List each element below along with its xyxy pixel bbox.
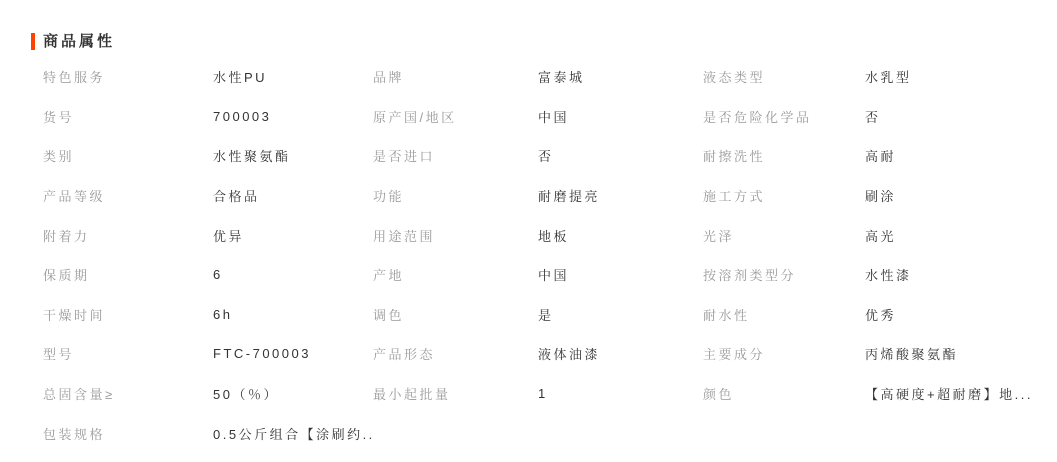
attribute-label: 颜色 (703, 384, 865, 403)
attribute-row: 用途范围地板 (373, 215, 703, 255)
attribute-label: 附着力 (43, 226, 213, 245)
attribute-label: 液态类型 (703, 67, 865, 86)
attribute-value: 6 (213, 267, 373, 282)
attribute-value: 700003 (213, 109, 373, 124)
attribute-row: 液态类型水乳型 (703, 57, 1057, 97)
attribute-value: 液体油漆 (538, 344, 703, 363)
attribute-label: 施工方式 (703, 186, 865, 205)
attribute-value: 50（％） (213, 384, 373, 403)
attribute-label: 按溶剂类型分 (703, 265, 865, 284)
attribute-row: 原产国/地区中国 (373, 97, 703, 137)
attribute-row: 品牌富泰城 (373, 57, 703, 97)
attribute-value: 地板 (538, 226, 703, 245)
attribute-row: 功能耐磨提亮 (373, 176, 703, 216)
attribute-row: 主要成分丙烯酸聚氨酯 (703, 334, 1057, 374)
attribute-value: 富泰城 (538, 67, 703, 86)
attribute-value: 水乳型 (865, 67, 1057, 86)
section-title: 商品属性 (43, 33, 115, 50)
attribute-label: 主要成分 (703, 344, 865, 363)
attribute-label: 是否进口 (373, 146, 538, 165)
attribute-row: 类别水性聚氨酯 (43, 136, 373, 176)
attribute-label: 原产国/地区 (373, 107, 538, 126)
attribute-value: 中国 (538, 265, 703, 284)
attribute-value: 优异 (213, 226, 373, 245)
attribute-label: 包装规格 (43, 424, 213, 443)
attribute-label: 总固含量≥ (43, 384, 213, 403)
attribute-value: 刷涂 (865, 186, 1057, 205)
attribute-row: 货号700003 (43, 97, 373, 137)
attribute-label: 耐水性 (703, 305, 865, 324)
attribute-row: 是否危险化学品否 (703, 97, 1057, 137)
attribute-label: 用途范围 (373, 226, 538, 245)
section-header: 商品属性 (31, 33, 115, 50)
section-accent-bar (31, 33, 35, 50)
attribute-label: 最小起批量 (373, 384, 538, 403)
attribute-value: 水性PU (213, 67, 373, 86)
attribute-value: 否 (865, 107, 1057, 126)
attribute-label: 功能 (373, 186, 538, 205)
attribute-row: 型号FTC-700003 (43, 334, 373, 374)
attribute-label: 类别 (43, 146, 213, 165)
attribute-value: 1 (538, 386, 703, 401)
attribute-label: 光泽 (703, 226, 865, 245)
attribute-row: 施工方式刷涂 (703, 176, 1057, 216)
attribute-value: 高耐 (865, 146, 1057, 165)
attribute-row: 附着力优异 (43, 215, 373, 255)
attribute-row: 特色服务水性PU (43, 57, 373, 97)
attribute-row: 是否进口否 (373, 136, 703, 176)
attribute-label: 型号 (43, 344, 213, 363)
attribute-value: FTC-700003 (213, 346, 373, 361)
attribute-row: 颜色【高硬度+超耐磨】地... (703, 374, 1057, 414)
attributes-column-1: 特色服务水性PU货号700003类别水性聚氨酯产品等级合格品附着力优异保质期6干… (43, 57, 373, 453)
attribute-row: 保质期6 (43, 255, 373, 295)
attribute-value: 是 (538, 305, 703, 324)
attribute-label: 干燥时间 (43, 305, 213, 324)
attribute-value: 丙烯酸聚氨酯 (865, 344, 1057, 363)
attribute-value: 合格品 (213, 186, 373, 205)
attribute-value: 否 (538, 146, 703, 165)
attribute-value: 水性漆 (865, 265, 1057, 284)
attribute-value: 中国 (538, 107, 703, 126)
attribute-value: 6h (213, 307, 373, 322)
product-attributes-grid: 特色服务水性PU货号700003类别水性聚氨酯产品等级合格品附着力优异保质期6干… (43, 57, 1057, 453)
attribute-row: 调色是 (373, 295, 703, 335)
attribute-label: 保质期 (43, 265, 213, 284)
attribute-label: 是否危险化学品 (703, 107, 865, 126)
attribute-row: 产地中国 (373, 255, 703, 295)
attribute-row: 干燥时间6h (43, 295, 373, 335)
attribute-label: 产品等级 (43, 186, 213, 205)
attributes-column-3: 液态类型水乳型是否危险化学品否耐擦洗性高耐施工方式刷涂光泽高光按溶剂类型分水性漆… (703, 57, 1057, 453)
attribute-value: 高光 (865, 226, 1057, 245)
attribute-row: 耐擦洗性高耐 (703, 136, 1057, 176)
attribute-row: 耐水性优秀 (703, 295, 1057, 335)
attribute-value: 0.5公斤组合【涂刷约... (213, 424, 373, 443)
attribute-label: 品牌 (373, 67, 538, 86)
attribute-row: 总固含量≥50（％） (43, 374, 373, 414)
attribute-label: 产品形态 (373, 344, 538, 363)
attribute-label: 产地 (373, 265, 538, 284)
attribute-row: 包装规格0.5公斤组合【涂刷约... (43, 413, 373, 453)
attributes-column-2: 品牌富泰城原产国/地区中国是否进口否功能耐磨提亮用途范围地板产地中国调色是产品形… (373, 57, 703, 453)
attribute-row: 按溶剂类型分水性漆 (703, 255, 1057, 295)
attribute-label: 耐擦洗性 (703, 146, 865, 165)
attribute-value: 【高硬度+超耐磨】地... (865, 384, 1057, 403)
attribute-row: 产品形态液体油漆 (373, 334, 703, 374)
attribute-label: 货号 (43, 107, 213, 126)
attribute-row: 产品等级合格品 (43, 176, 373, 216)
attribute-label: 特色服务 (43, 67, 213, 86)
attribute-label: 调色 (373, 305, 538, 324)
attribute-value: 耐磨提亮 (538, 186, 703, 205)
attribute-row: 光泽高光 (703, 215, 1057, 255)
attribute-row: 最小起批量1 (373, 374, 703, 414)
attribute-value: 水性聚氨酯 (213, 146, 373, 165)
attribute-value: 优秀 (865, 305, 1057, 324)
